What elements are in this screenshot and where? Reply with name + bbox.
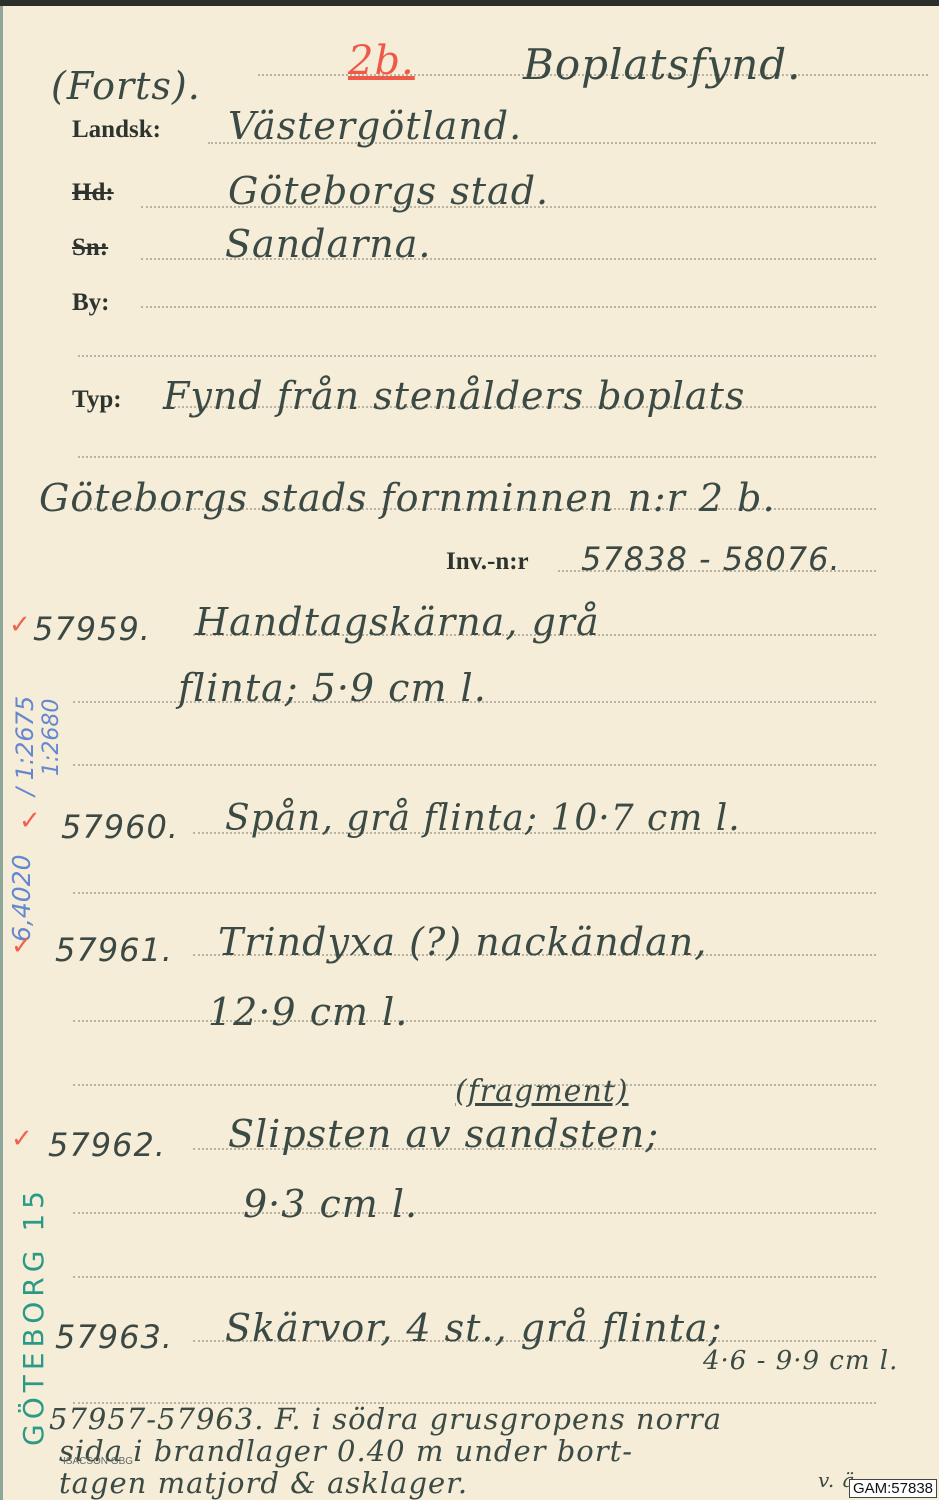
- catalog-card: (Forts). 2b. Boplatsfynd. Landsk: Väster…: [0, 6, 939, 1500]
- find-context-line-2: sida i brandlager 0.40 m under bort-: [59, 1434, 633, 1468]
- find-context-line-1: 57957-57963. F. i södra grusgropens norr…: [49, 1402, 722, 1436]
- by-dotted-line: [141, 306, 876, 308]
- typ-label: Typ:: [72, 386, 122, 414]
- entry-continuation: flinta; 5·9 cm l.: [178, 666, 487, 710]
- entry-text: Spån, grå flinta; 10·7 cm l.: [225, 798, 741, 839]
- blue-pencil-ref-1: / 1:2675: [11, 696, 39, 796]
- entry-continuation: 4·6 - 9·9 cm l.: [703, 1346, 898, 1376]
- blue-pencil-ref-2: 1:2680: [39, 699, 64, 776]
- check-mark-icon: ✓: [9, 610, 31, 640]
- check-mark-icon: ✓: [19, 806, 41, 836]
- catalog-id-label: GAM:57838: [849, 1479, 937, 1498]
- entry-number: 57959.: [33, 610, 151, 648]
- inv-label: Inv.-n:r: [446, 548, 529, 576]
- goteborg-stamp: GÖTEBORG 15: [17, 1186, 50, 1446]
- entry-number: 57961.: [55, 931, 173, 969]
- blue-pencil-number: 6,4020: [7, 855, 36, 942]
- fornminne-note: Göteborgs stads fornminnen n:r 2 b.: [39, 476, 776, 520]
- sn-value: Sandarna.: [225, 222, 432, 266]
- entry-dotted-line: [73, 1020, 876, 1022]
- category-title: Boplatsfynd.: [523, 40, 802, 89]
- check-mark-icon: ✓: [11, 1124, 33, 1154]
- blank-dotted-line-6: [73, 1276, 876, 1278]
- check-mark-icon: ✓: [11, 931, 33, 961]
- blank-dotted-line-2: [78, 456, 876, 458]
- entry-number: 57960.: [61, 808, 179, 846]
- hd-label: Hd:: [72, 179, 114, 207]
- entry-continuation: 9·3 cm l.: [243, 1182, 418, 1226]
- entry-number: 57963.: [55, 1318, 173, 1356]
- typ-value: Fynd från stenålders boplats: [163, 374, 745, 418]
- sn-label: Sn:: [72, 234, 108, 262]
- by-label: By:: [72, 289, 110, 317]
- entry-text: Skärvor, 4 st., grå flinta;: [225, 1306, 722, 1350]
- entry-annotation: (fragment): [455, 1074, 629, 1109]
- inv-range: 57838 - 58076.: [581, 540, 841, 578]
- printer-mark: ISACSON GBG: [63, 1456, 133, 1467]
- entry-text: Trindyxa (?) nackändan,: [218, 920, 707, 964]
- landsk-value: Västergötland.: [228, 104, 522, 148]
- entry-dotted-line: [73, 1212, 876, 1214]
- entry-text: Handtagskärna, grå: [195, 600, 600, 644]
- blank-dotted-line: [78, 355, 876, 357]
- blank-dotted-line-4: [73, 892, 876, 894]
- blank-dotted-line-3: [73, 764, 876, 766]
- hd-value: Göteborgs stad.: [228, 169, 549, 213]
- landsk-label: Landsk:: [72, 116, 161, 144]
- find-context-line-3: tagen matjord & asklager.: [59, 1466, 468, 1500]
- entry-number: 57962.: [48, 1126, 166, 1164]
- entry-text: Slipsten av sandsten;: [228, 1112, 659, 1156]
- entry-continuation: 12·9 cm l.: [208, 990, 408, 1034]
- site-number: 2b.: [348, 38, 415, 84]
- forts-note: (Forts).: [51, 64, 201, 108]
